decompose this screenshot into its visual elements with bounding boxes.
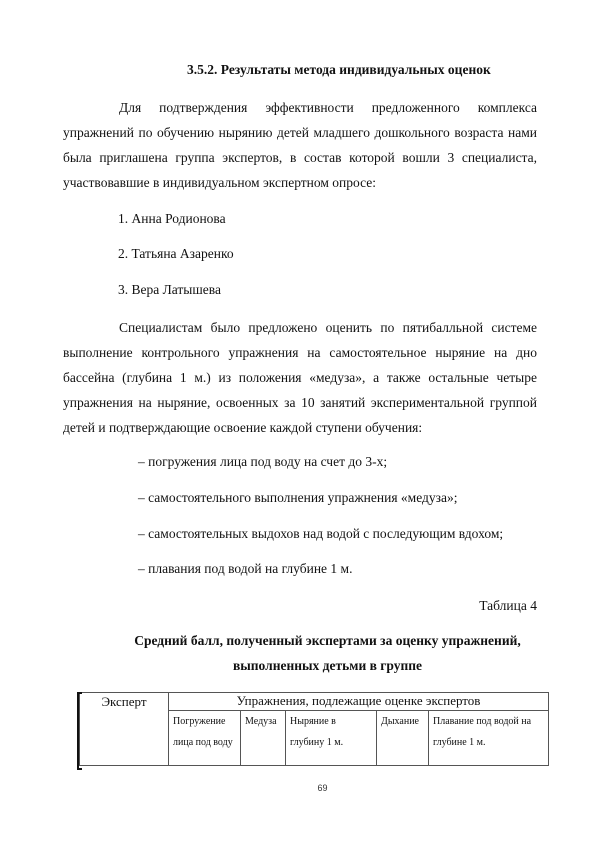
page-number: 69 (0, 783, 595, 793)
intro-text: Для подтверждения эффективности предложе… (63, 100, 537, 190)
table-header-row: Эксперт Упражнения, подлежащие оценке эк… (80, 693, 549, 711)
column-header: Погружение лица под воду (169, 711, 241, 766)
task-paragraph: Специалистам было предложено оценить по … (63, 315, 537, 440)
table-label: Таблица 4 (479, 598, 537, 614)
expert-list-item: 2. Татьяна Азаренко (118, 246, 234, 262)
column-header: Медуза (241, 711, 286, 766)
section-heading: 3.5.2. Результаты метода индивидуальных … (187, 62, 491, 78)
exercise-list-item: – самостоятельных выдохов над водой с по… (138, 526, 503, 542)
column-header: Плавание под водой на глубине 1 м. (429, 711, 549, 766)
header-exercises-group: Упражнения, подлежащие оценке экспертов (169, 693, 549, 711)
table-title-line-1: Средний балл, полученный экспертами за о… (0, 633, 595, 649)
task-text: Специалистам было предложено оценить по … (63, 320, 537, 435)
exercise-list-item: – самостоятельного выполнения упражнения… (138, 490, 457, 506)
exercise-list-item: – погружения лица под воду на счет до 3-… (138, 454, 387, 470)
column-header: Дыхание (377, 711, 429, 766)
intro-paragraph: Для подтверждения эффективности предложе… (63, 95, 537, 195)
exercise-list-item: – плавания под водой на глубине 1 м. (138, 561, 352, 577)
expert-list-item: 1. Анна Родионова (118, 211, 226, 227)
column-header: Ныряние в глубину 1 м. (286, 711, 377, 766)
table-title-line-2: выполненных детьми в группе (0, 658, 595, 674)
header-expert: Эксперт (80, 693, 169, 766)
expert-list-item: 3. Вера Латышева (118, 282, 221, 298)
table-left-edge-marker (77, 692, 82, 770)
scores-table: Эксперт Упражнения, подлежащие оценке эк… (79, 692, 549, 766)
